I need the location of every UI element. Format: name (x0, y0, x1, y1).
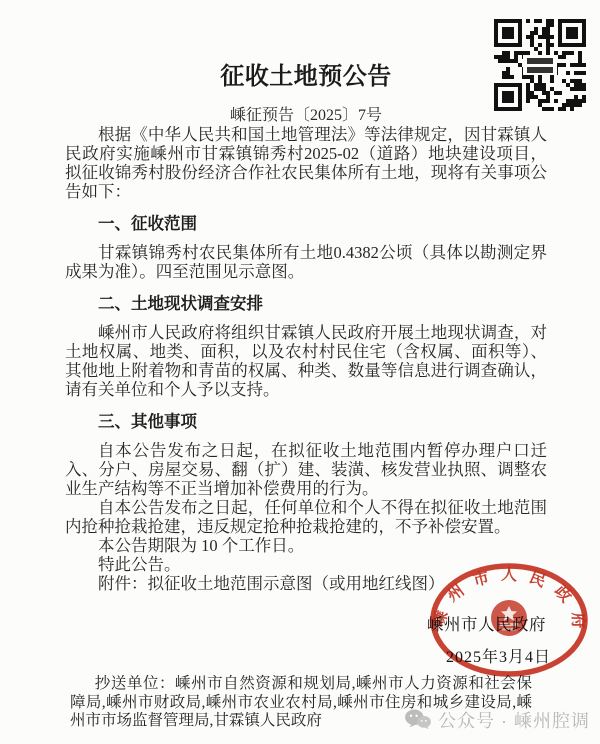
section-3-heading: 三、其他事项 (65, 412, 547, 431)
section-3-paragraph-3: 本公告期限为 10 个工作日。 (65, 536, 547, 555)
wechat-icon (404, 708, 432, 732)
doc-number: 嵊征预告〔2025〕7号 (65, 106, 547, 125)
intro-paragraph: 根据《中华人民共和国土地管理法》等法律规定，因甘霖镇人民政府实施嵊州市甘霖镇锦秀… (65, 125, 547, 201)
section-2-paragraph: 嵊州市人民政府将组织甘霖镇人民政府开展土地现状调查，对土地权属、地类、面积，以及… (65, 323, 547, 399)
announcement-page: 征收土地预公告 嵊征预告〔2025〕7号 根据《中华人民共和国土地管理法》等法律… (0, 0, 600, 744)
section-3-paragraph-2: 自本公告发布之日起，任何单位和个人不得在拟征收土地范围内抢种抢栽抢建，违反规定抢… (65, 498, 547, 536)
section-2-heading: 二、土地现状调查安排 (65, 294, 547, 313)
signature-issuer: 嵊州市人民政府 (427, 611, 546, 635)
signature-date: 2025年3月4日 (446, 644, 551, 667)
watermark-text: 公众号 · 嵊州腔调 (438, 707, 590, 733)
watermark: 公众号 · 嵊州腔调 (404, 707, 590, 733)
qr-code (492, 17, 588, 113)
page-title: 征收土地预公告 (65, 62, 547, 92)
section-3-paragraph-1: 自本公告发布之日起，在拟征收土地范围内暂停办理户口迁入、分户、房屋交易、翻（扩）… (65, 441, 547, 498)
section-1-paragraph: 甘霖镇锦秀村农民集体所有土地0.4382公顷（具体以勘测定界成果为准）。四至范围… (65, 243, 547, 281)
section-1-heading: 一、征收范围 (65, 214, 547, 233)
qr-code-image (492, 17, 588, 113)
body-text: 根据《中华人民共和国土地管理法》等法律规定，因甘霖镇人民政府实施嵊州市甘霖镇锦秀… (65, 125, 547, 593)
